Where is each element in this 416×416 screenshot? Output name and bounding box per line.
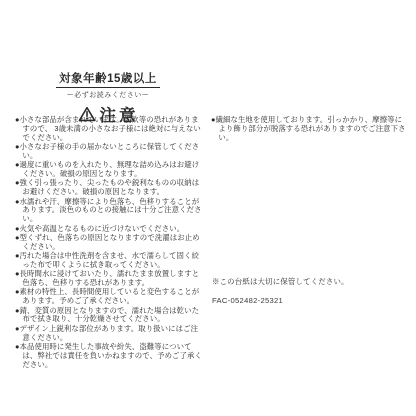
warning-item: ●素材の特性上、長時間使用していると変色することがあります。予めご了承ください。 xyxy=(15,288,205,306)
warning-item: ●水濡れや汗、摩擦等により色落ち、色移りすることがあります。淡色のものとの接触に… xyxy=(15,198,205,224)
warning-text: 素材の特性上、長時間使用していると変色することがあります。予めご了承ください。 xyxy=(19,287,199,305)
caution-label-page: 対象年齢15歳以上 ー必ずお読みくださいー 注意 ●小さな部品が含まれています。… xyxy=(0,0,416,416)
warning-text: 強く引っ張ったり、尖ったものや鋭利なものの収納はお避けください。破損の原因となり… xyxy=(19,178,199,196)
warning-text: 過度に重いものを入れたり、無理な詰め込みはお避けください。破損の原因となります。 xyxy=(19,160,199,178)
warning-text: 火気や高温となるものに近づけないでください。 xyxy=(19,224,184,233)
target-age-label: 対象年齢15歳以上 xyxy=(56,70,160,88)
warning-list-right: ●繊細な生地を使用しております。引っかかり、摩擦等により飾り部分が脱落する恐れが… xyxy=(211,116,408,143)
warning-text: 長時間水に浸けておいたり、濡れたまま放置しますと色落ち、色移りする恐れがあります… xyxy=(19,269,199,287)
warning-item: ●デザイン上鋭利な部位があります。取り扱いにはご注意ください。 xyxy=(15,325,205,343)
warning-item: ●本品使用時に発生した事故や紛失、盗難等については、弊社では責任を負いかねますの… xyxy=(15,343,205,369)
warning-item: ●汚れた場合は中性洗剤を含ませ、水で濡らして固く絞った布で叩くように拭き取ってく… xyxy=(15,252,205,270)
must-read-note: ー必ずお読みくださいー xyxy=(0,90,216,100)
warning-item: ●錆、変質の原因となりますので、濡れた場合は乾いた布で拭き取り、十分乾燥させてく… xyxy=(15,307,205,325)
target-age-heading: 対象年齢15歳以上 xyxy=(0,69,216,88)
warning-text: 錆、変質の原因となりますので、濡れた場合は乾いた布で拭き取り、十分乾燥させてくだ… xyxy=(19,306,199,324)
warning-item: ●小さな部品が含まれています。誤飲等の恐れがありますので、 3歳未満の小さなお子… xyxy=(15,116,205,142)
warning-text: 型くずれ、色落ちの原因となりますので洗濯はお止めください。 xyxy=(19,233,199,251)
warning-item: ●型くずれ、色落ちの原因となりますので洗濯はお止めください。 xyxy=(15,234,205,252)
warning-text: 繊細な生地を使用しております。引っかかり、摩擦等により飾り部分が脱落する恐れがあ… xyxy=(215,115,405,142)
warning-text: 水濡れや汗、摩擦等により色落ち、色移りすることがあります。淡色のものとの接触には… xyxy=(19,197,201,224)
keep-card-note: ※この台紙は大切に保管してください。 xyxy=(212,276,349,287)
warning-item: ●長時間水に浸けておいたり、濡れたまま放置しますと色落ち、色移りする恐れがありま… xyxy=(15,270,205,288)
warning-text: 小さなお子様の手の届かないところに保管してください。 xyxy=(19,142,199,160)
warning-list-left: ●小さな部品が含まれています。誤飲等の恐れがありますので、 3歳未満の小さなお子… xyxy=(15,116,205,370)
warning-text: デザイン上鋭利な部位があります。取り扱いにはご注意ください。 xyxy=(19,324,198,342)
warning-item: ●過度に重いものを入れたり、無理な詰め込みはお避けください。破損の原因となります… xyxy=(15,161,205,179)
product-code: FAC-052482-25321 xyxy=(212,296,283,305)
warning-text: 小さな部品が含まれています。誤飲等の恐れがありますので、 3歳未満の小さなお子様… xyxy=(19,115,200,142)
warning-text: 本品使用時に発生した事故や紛失、盗難等については、弊社では責任を負いかねますので… xyxy=(19,342,202,369)
warning-item: ●強く引っ張ったり、尖ったものや鋭利なものの収納はお避けください。破損の原因とな… xyxy=(15,179,205,197)
warning-item: ●繊細な生地を使用しております。引っかかり、摩擦等により飾り部分が脱落する恐れが… xyxy=(211,116,408,142)
warning-text: 汚れた場合は中性洗剤を含ませ、水で濡らして固く絞った布で叩くように拭き取ってくだ… xyxy=(19,251,199,269)
warning-item: ●小さなお子様の手の届かないところに保管してください。 xyxy=(15,143,205,161)
